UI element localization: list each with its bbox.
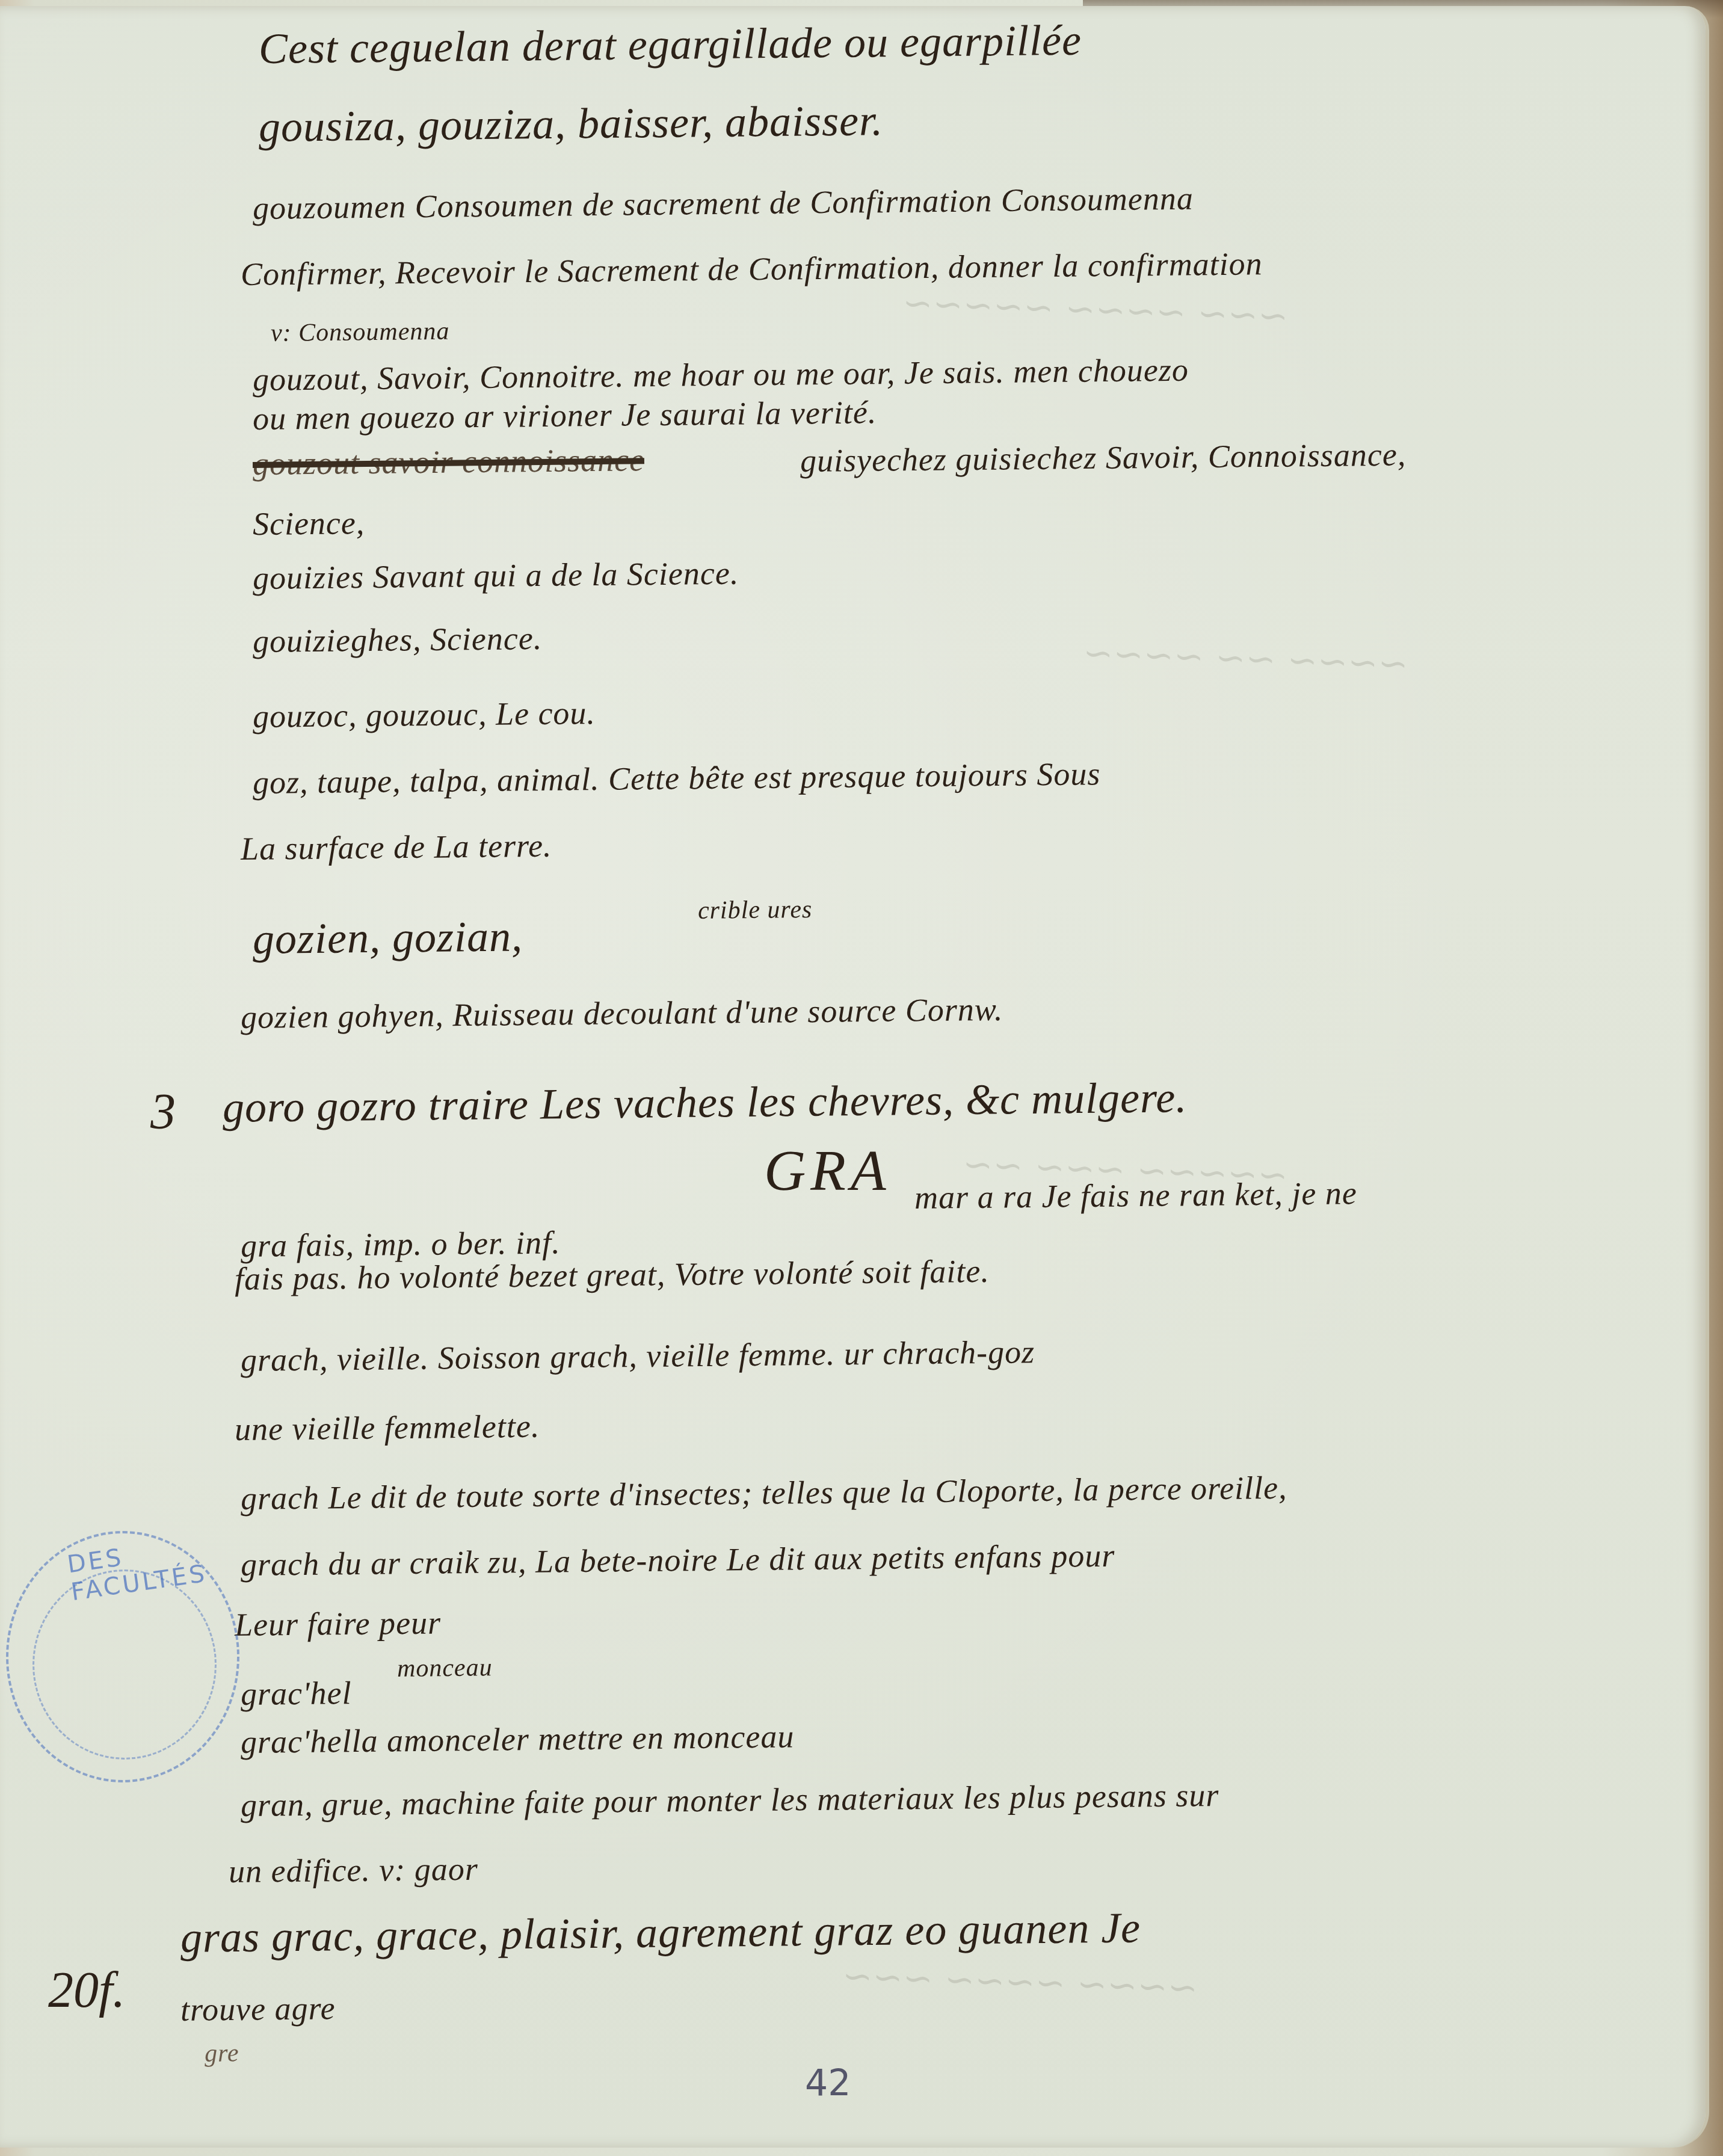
manuscript-line: gran, grue, machine faite pour monter le… bbox=[241, 1776, 1219, 1824]
manuscript-line: fais pas. ho volonté bezet great, Votre … bbox=[235, 1252, 990, 1298]
bleed-through: ~~~~ ~~~~ ~~~ bbox=[842, 1955, 1198, 2010]
bleed-through: ~~~ ~~~~ ~~~~~ bbox=[902, 282, 1289, 337]
section-heading: GRA bbox=[764, 1137, 891, 1204]
manuscript-scan: ~~~ ~~~~ ~~~~~ ~~~~ ~~ ~~~~ ~~~~~ ~~~ ~~… bbox=[0, 0, 1723, 2156]
manuscript-line: La surface de La terre. bbox=[241, 827, 552, 867]
manuscript-line: Cest ceguelan derat egargillade ou egarp… bbox=[259, 16, 1082, 74]
manuscript-page: ~~~ ~~~~ ~~~~~ ~~~~ ~~ ~~~~ ~~~~~ ~~~ ~~… bbox=[0, 6, 1709, 2148]
manuscript-line: goro gozro traire Les vaches les chevres… bbox=[223, 1073, 1188, 1133]
margin-note: 20f. bbox=[48, 1961, 125, 2019]
manuscript-line: crible ures bbox=[698, 895, 813, 925]
manuscript-line: gozien, gozian, bbox=[253, 911, 523, 964]
manuscript-line: gouizies Savant qui a de la Science. bbox=[253, 555, 739, 597]
manuscript-line: une vieille femmelette. bbox=[235, 1408, 540, 1448]
bleed-through: ~~~~ ~~ ~~~~ bbox=[1082, 632, 1409, 686]
manuscript-line: Science, bbox=[253, 504, 365, 543]
manuscript-line: grac'hel bbox=[241, 1674, 352, 1713]
page-number: 42 bbox=[805, 2062, 851, 2104]
manuscript-line: goz, taupe, talpa, animal. Cette bête es… bbox=[253, 755, 1101, 801]
row-marker: 3 bbox=[150, 1083, 176, 1141]
struck-out-line: gouzout savoir connoissance bbox=[253, 441, 645, 482]
manuscript-line: gras grac, grace, plaisir, agrement graz… bbox=[180, 1903, 1141, 1963]
manuscript-line: grach du ar craik zu, La bete-noire Le d… bbox=[241, 1537, 1115, 1583]
manuscript-line: gouzoumen Consoumen de sacrement de Conf… bbox=[253, 180, 1194, 227]
manuscript-line: v: Consoumenna bbox=[271, 317, 450, 348]
manuscript-line: trouve agre bbox=[180, 1989, 336, 2028]
manuscript-line: grach Le dit de toute sorte d'insectes; … bbox=[241, 1469, 1287, 1517]
manuscript-line: Leur faire peur bbox=[235, 1604, 442, 1643]
manuscript-line: guisyechez guisiechez Savoir, Connoissan… bbox=[800, 436, 1407, 479]
manuscript-line: gousiza, gouziza, baisser, abaisser. bbox=[259, 96, 884, 152]
library-stamp: DES FACULTÉS bbox=[6, 1531, 239, 1782]
smudged-word: gre bbox=[205, 2039, 239, 2068]
manuscript-line: un edifice. v: gaor bbox=[229, 1850, 479, 1890]
manuscript-line: monceau bbox=[397, 1653, 493, 1683]
stamp-text: DES FACULTÉS bbox=[66, 1528, 240, 1606]
manuscript-line: gouzoc, gouzouc, Le cou. bbox=[253, 694, 596, 735]
manuscript-line: grach, vieille. Soisson grach, vieille f… bbox=[241, 1333, 1035, 1379]
manuscript-line: ou men gouezo ar virioner Je saurai la v… bbox=[253, 393, 877, 437]
manuscript-line: grac'hella amonceler mettre en monceau bbox=[241, 1717, 795, 1761]
manuscript-line: mar a ra Je fais ne ran ket, je ne bbox=[914, 1174, 1357, 1216]
manuscript-line: gouzout, Savoir, Connoitre. me hoar ou m… bbox=[253, 351, 1189, 398]
manuscript-line: gozien gohyen, Ruisseau decoulant d'une … bbox=[241, 991, 1003, 1036]
manuscript-line: gouizieghes, Science. bbox=[253, 620, 543, 660]
manuscript-line: Confirmer, Recevoir le Sacrement de Conf… bbox=[241, 245, 1263, 293]
